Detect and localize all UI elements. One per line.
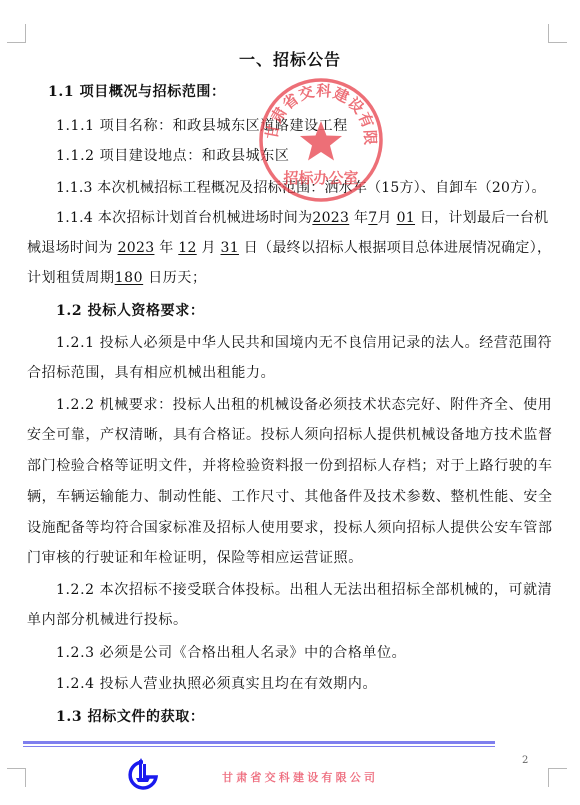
paragraph-1-1-2: 1.1.2 项目建设地点：和政县城东区 — [56, 147, 289, 165]
page-title: 一、招标公告 — [0, 51, 580, 69]
footer-company-name: 甘肃省交科建设有限公司 — [222, 769, 378, 785]
crop-mark-bottom-left — [7, 768, 26, 787]
crop-mark-top-right — [548, 24, 567, 43]
end-day: 31 — [221, 240, 239, 256]
text-segment: 械退场时间为 — [27, 240, 113, 256]
paragraph-1-2-2-line3: 部门检验合格等证明文件，并将检验资料报一份到招标人存档；对于上路行驶的车 — [27, 457, 553, 475]
end-year: 2023 — [118, 240, 155, 256]
start-month: 7 — [368, 210, 377, 226]
section-heading-1-2: 1.2 投标人资格要求： — [56, 302, 204, 320]
paragraph-1-2-2-line2: 安全可靠，产权清晰，具有合格证。投标人须向招标人提供机械设备地方技术监督 — [27, 426, 553, 444]
paragraph-1-1-4-line3: 计划租赁周期180 日历天； — [27, 269, 207, 287]
text-segment: 月 — [201, 240, 215, 256]
paragraph-1-2-2-line4: 辆，车辆运输能力、制动性能、工作尺寸、其他备件及技术参数、整机性能、安全 — [27, 488, 553, 506]
svg-text:甘肃省交科建设有限公司: 甘肃省交科建设有限公司 — [258, 77, 379, 146]
paragraph-1-2-2-line1: 1.2.2 机械要求：投标人出租的机械设备必须技术状态完好、附件齐全、使用 — [56, 396, 552, 414]
start-year: 2023 — [312, 210, 349, 226]
text-segment: 日，计划最后一台机 — [420, 210, 549, 226]
paragraph-1-1-3: 1.1.3 本次机械招标工程概况及招标范围：洒水车（15方）、自卸车（20方）。 — [56, 179, 546, 197]
text-segment: 年 — [354, 210, 368, 226]
end-month: 12 — [178, 240, 196, 256]
text-segment: 日历天； — [148, 270, 206, 286]
footer-rule-thick — [23, 741, 495, 744]
paragraph-1-2-1-line2: 合招标范围，具有相应机械出租能力。 — [27, 364, 275, 382]
section-heading-1-1: 1.1 项目概况与招标范围： — [48, 83, 226, 101]
section-heading-1-3: 1.3 招标文件的获取： — [56, 708, 204, 726]
paragraph-1-2-2-line6: 门审核的行驶证和年检证明，保险等相应运营证照。 — [27, 549, 363, 567]
crop-mark-bottom-right — [548, 768, 567, 787]
paragraph-1-1-4-line2: 械退场时间为 2023 年 12 月 31 日（最终以招标人根据项目总体进展情况… — [27, 239, 551, 257]
text-segment: 年 — [159, 240, 173, 256]
paragraph-1-1-4-line1: 1.1.4 本次招标计划首台机械进场时间为2023 年7月 01 日，计划最后一… — [56, 209, 548, 227]
text-segment: 月 — [378, 210, 392, 226]
paragraph-1-2-3: 1.2.3 必须是公司《合格出租人名录》中的合格单位。 — [56, 644, 406, 662]
paragraph-1-1-1: 1.1.1 项目名称：和政县城东区道路建设工程 — [56, 117, 348, 135]
paragraph-1-2-2b-line2: 单内部分机械进行投标。 — [27, 611, 188, 629]
rental-period-days: 180 — [115, 270, 144, 286]
paragraph-1-2-4: 1.2.4 投标人营业执照必须真实且均在有效期内。 — [56, 675, 377, 693]
paragraph-1-2-2b-line1: 1.2.2 本次招标不接受联合体投标。出租人无法出租招标全部机械的，可就清 — [56, 581, 552, 599]
company-logo-icon — [128, 758, 158, 792]
text-segment: 日（最终以招标人根据项目总体进展情况确定）， — [244, 240, 552, 256]
text-segment: 计划租赁周期 — [27, 270, 115, 286]
start-day: 01 — [397, 210, 415, 226]
paragraph-1-2-2-line5: 设施配备等均符合国家标准及招标人使用要求，投标人须向招标人提供公安车管部 — [27, 519, 553, 537]
seal-ring-text: 甘肃省交科建设有限公司 — [258, 77, 379, 146]
paragraph-1-2-1-line1: 1.2.1 投标人必须是中华人民共和国境内无不良信用记录的法人。经营范围符 — [56, 334, 552, 352]
footer-rule-thin — [23, 746, 495, 747]
text-segment: 1.1.4 本次招标计划首台机械进场时间为 — [56, 210, 312, 226]
crop-mark-top-left — [7, 24, 26, 43]
page-number: 2 — [522, 755, 528, 766]
